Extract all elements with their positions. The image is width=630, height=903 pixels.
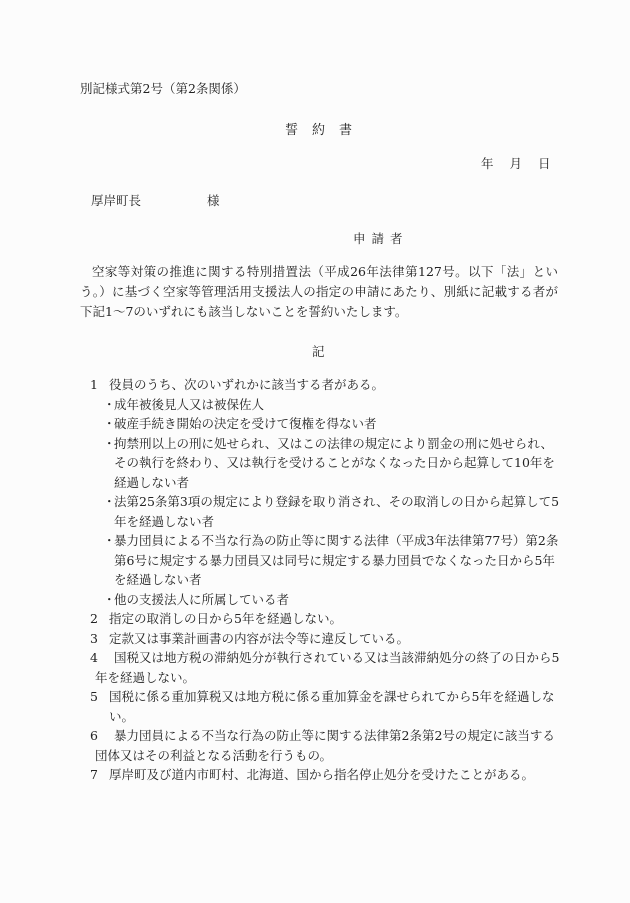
document-title: 誓約書 (285, 119, 366, 138)
day-label: 日 (538, 154, 551, 172)
item-text: 国税に係る重加算税又は地方税に係る重加算金を課せられてから5年を経過しない。 (90, 687, 560, 726)
pledge-body: 空家等対策の推進に関する特別措置法（平成26年法律第127号。以下「法」という。… (80, 262, 558, 322)
list-item: 5 国税に係る重加算税又は地方税に係る重加算金を課せられてから5年を経過しない。 (90, 687, 560, 726)
form-label: 別記様式第2号（第2条関係） (80, 79, 246, 97)
sub-list-item: ・ 暴力団員による不当な行為の防止等に関する法律（平成3年法律第77号）第2条第… (103, 531, 560, 590)
item-number: 6 (90, 726, 110, 746)
sub-item-text: 破産手続き開始の決定を受けて復権を得ない者 (114, 416, 377, 431)
list-item: 1 役員のうち、次のいずれかに該当する者がある。 (90, 375, 560, 395)
list-item: 6 暴力団員による不当な行為の防止等に関する法律第2条第2号の規定に該当する団体… (90, 726, 560, 765)
bullet: ・ (103, 395, 116, 415)
sub-list-item: ・ 他の支援法人に所属している者 (103, 590, 560, 610)
item-text: 国税又は地方税の滞納処分が執行されている又は当該滞納処分の終了の日から5年を経過… (95, 648, 560, 687)
sub-list-item: ・ 破産手続き開始の決定を受けて復権を得ない者 (103, 414, 560, 434)
item-text: 指定の取消しの日から5年を経過しない。 (90, 609, 560, 629)
date-line: 年月日 (481, 154, 551, 172)
bullet: ・ (103, 434, 116, 454)
list-item: 4 国税又は地方税の滞納処分が執行されている又は当該滞納処分の終了の日から5年を… (90, 648, 560, 687)
bullet: ・ (103, 492, 116, 512)
sub-item-text: 成年被後見人又は被保佐人 (114, 397, 264, 412)
item-text: 厚岸町及び道内市町村、北海道、国から指名停止処分を受けたことがある。 (90, 765, 560, 785)
item-number: 2 (90, 609, 110, 629)
sub-list-item: ・ 拘禁刑以上の刑に処せられ、又はこの法律の規定により罰金の刑に処せられ、その執… (103, 434, 560, 493)
sub-list: ・ 成年被後見人又は被保佐人 ・ 破産手続き開始の決定を受けて復権を得ない者 ・… (90, 395, 560, 610)
applicant-label: 申請者 (353, 229, 409, 247)
item-number: 3 (90, 629, 110, 649)
list-item: 7 厚岸町及び道内市町村、北海道、国から指名停止処分を受けたことがある。 (90, 765, 560, 785)
sub-item-text: 他の支援法人に所属している者 (114, 592, 289, 607)
bullet: ・ (103, 590, 116, 610)
bullet: ・ (103, 414, 116, 434)
item-text: 定款又は事業計画書の内容が法令等に違反している。 (90, 629, 560, 649)
ki-heading: 記 (312, 342, 325, 360)
month-label: 月 (510, 154, 523, 172)
item-number: 5 (90, 687, 110, 707)
year-label: 年 (481, 154, 494, 172)
disqualification-list: 1 役員のうち、次のいずれかに該当する者がある。 ・ 成年被後見人又は被保佐人 … (90, 375, 560, 785)
bullet: ・ (103, 531, 116, 551)
list-item: 2 指定の取消しの日から5年を経過しない。 (90, 609, 560, 629)
sub-item-text: 法第25条第3項の規定により登録を取り消され、その取消しの日から起算して5年を経… (114, 494, 559, 529)
addressee-name: 厚岸町長 (91, 191, 141, 209)
sub-list-item: ・ 成年被後見人又は被保佐人 (103, 395, 560, 415)
item-text: 役員のうち、次のいずれかに該当する者がある。 (90, 375, 560, 395)
item-number: 7 (90, 765, 110, 785)
sub-item-text: 暴力団員による不当な行為の防止等に関する法律（平成3年法律第77号）第2条第6号… (114, 533, 558, 587)
item-text: 暴力団員による不当な行為の防止等に関する法律第2条第2号の規定に該当する団体又は… (95, 726, 560, 765)
list-item: 3 定款又は事業計画書の内容が法令等に違反している。 (90, 629, 560, 649)
item-number: 1 (90, 375, 110, 395)
sub-list-item: ・ 法第25条第3項の規定により登録を取り消され、その取消しの日から起算して5年… (103, 492, 560, 531)
addressee-honorific: 様 (207, 191, 220, 209)
sub-item-text: 拘禁刑以上の刑に処せられ、又はこの法律の規定により罰金の刑に処せられ、その執行を… (114, 436, 555, 490)
item-number: 4 (90, 648, 110, 668)
